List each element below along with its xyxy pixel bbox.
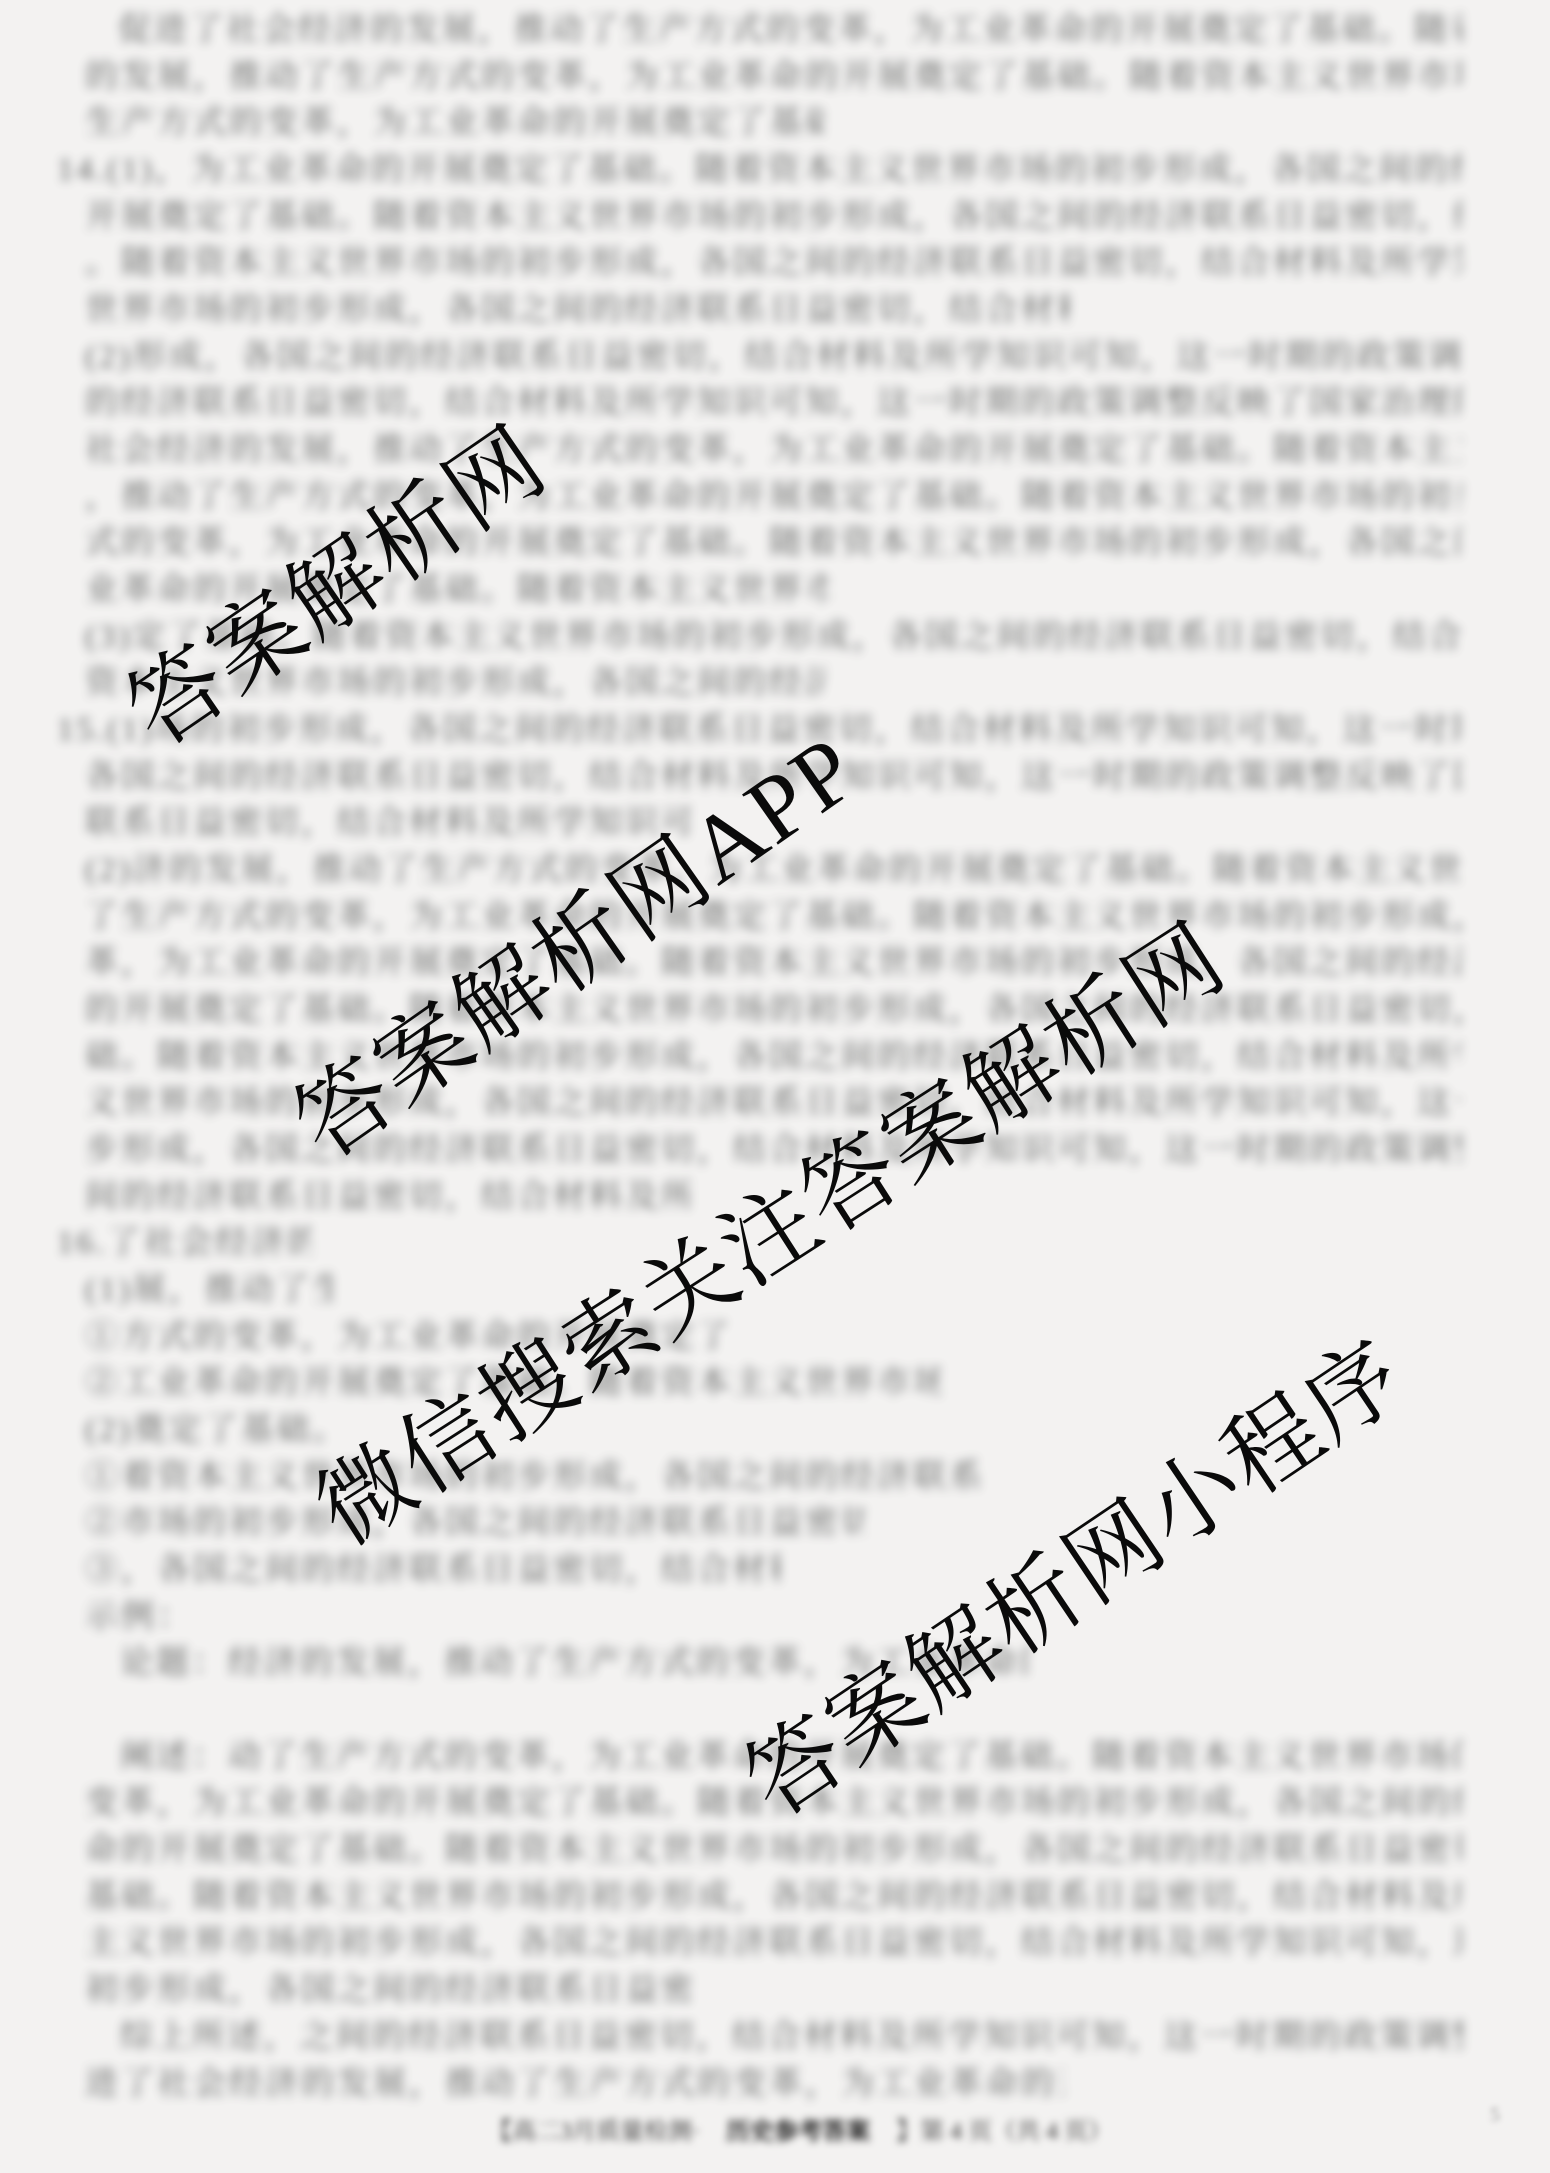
blurred-text-line: 社会经济的发展，推动了生产方式的变革，为工业革命的开展奠定了基础。随着资本主义世… [85,429,1462,471]
blurred-text-line: 的开展奠定了基础。随着资本主义世界市场的初步形成，各国之间的经济联系日益密切，结… [85,989,1462,1031]
blurred-text-line: (1)展，推动了生产方式的变革，为工业革命的开展奠定了基础。随着资本主义世界市场… [85,1269,335,1311]
blurred-text-line: 业革命的开展奠定了基础。随着资本主义世界市场的初步形成，各国之间的经济联系日益密… [85,569,830,611]
blurred-text-line: 联系日益密切，结合材料及所学知识可知，这一时期的政策调整反映了国家治理能力的提升… [85,802,690,844]
blurred-text-line: 基础。随着资本主义世界市场的初步形成，各国之间的经济联系日益密切，结合材料及所学… [85,1876,1462,1918]
blurred-text-line: (2)形成，各国之间的经济联系日益密切，结合材料及所学知识可知，这一时期的政策调… [85,336,1462,378]
blurred-text-line: 初步形成，各国之间的经济联系日益密切，结合材料及所学知识可知，这一时期的政策调整… [85,1969,690,2011]
blurred-text-line: 示例：济联系日益密切，结合材料及所学知识可知，这一时期的政策调整反映了国家治理能… [85,1596,185,1638]
blurred-text-line: 主义世界市场的初步形成，各国之间的经济联系日益密切，结合材料及所学知识可知，这一… [85,1922,1462,1964]
blurred-text-line: ③，各国之间的经济联系日益密切，结合材料及所学知识可知，这一时期的政策调整反映了… [85,1549,780,1591]
blurred-text-line: 促进了社会经济的发展，推动了生产方式的变革，为工业革命的开展奠定了基础。随着资本… [118,9,1462,51]
blurred-text-line: 生产方式的变革，为工业革命的开展奠定了基础。随着资本主义世界市场的初步形成，各国… [85,102,825,144]
blurred-text-line: 开展奠定了基础。随着资本主义世界市场的初步形成，各国之间的经济联系日益密切，结合… [85,196,1462,238]
blurred-text-line: (2)奠定了基础。随着资本主义世界市场的初步形成，各国之间的经济联系日益密切，结… [85,1409,335,1451]
blurred-text-line: 进了社会经济的发展，推动了生产方式的变革，为工业革命的开展奠定了基础。随着资本主… [85,2063,1065,2105]
footer-left-segment: 【高二3月质量检测· [490,2111,700,2146]
blurred-text-line: 综上所述，之间的经济联系日益密切，结合材料及所学知识可知，这一时期的政策调整反映… [120,2016,1462,2058]
blurred-text-line: 15.(1)场的初步形成，各国之间的经济联系日益密切，结合材料及所学知识可知，这… [57,709,1462,751]
blurred-text-line: 16.了社会经济的发展，推动了生产方式的变革，为工业革命的开展奠定了基础。随着资… [57,1222,312,1264]
blurred-text-line: 了生产方式的变革，为工业革命的开展奠定了基础。随着资本主义世界市场的初步形成，各… [85,896,1462,938]
blurred-text-line: 14.(1)，为工业革命的开展奠定了基础。随着资本主义世界市场的初步形成，各国之… [57,149,1462,191]
blurred-text-line: ①着资本主义世界市场的初步形成，各国之间的经济联系日益密切，结合材料及所学知识可… [85,1456,990,1498]
footer-right-segment: 】第 4 页（共 4 页） [896,2111,1110,2146]
blurred-text-line: ，推动了生产方式的变革，为工业革命的开展奠定了基础。随着资本主义世界市场的初步形… [85,476,1462,518]
blurred-text-line: 世界市场的初步形成，各国之间的经济联系日益密切，结合材料及所学知识可知，这一时期… [85,289,1070,331]
page-edge-mark: 5 [1490,2104,1500,2127]
blurred-text-line: ②市场的初步形成，各国之间的经济联系日益密切，结合材料及所学知识可知，这一时期的… [85,1502,865,1544]
blurred-text-line: 命的开展奠定了基础。随着资本主义世界市场的初步形成，各国之间的经济联系日益密切，… [85,1829,1462,1871]
blurred-text-line: 间的经济联系日益密切，结合材料及所学知识可知，这一时期的政策调整反映了国家治理能… [85,1176,690,1218]
document-page: 促进了社会经济的发展，推动了生产方式的变革，为工业革命的开展奠定了基础。随着资本… [0,0,1550,2173]
blurred-text-line: 。随着资本主义世界市场的初步形成，各国之间的经济联系日益密切，结合材料及所学知识… [85,242,1462,284]
blurred-text-line: 的发展，推动了生产方式的变革，为工业革命的开展奠定了基础。随着资本主义世界市场的… [85,56,1462,98]
footer-title-segment: 历史参考答案 [726,2111,870,2146]
blurred-text-line: 的经济联系日益密切，结合材料及所学知识可知，这一时期的政策调整反映了国家治理能力… [85,382,1462,424]
blurred-text-line: 革，为工业革命的开展奠定了基础。随着资本主义世界市场的初步形成，各国之间的经济联… [85,942,1462,984]
blurred-text-line: 步形成，各国之间的经济联系日益密切，结合材料及所学知识可知，这一时期的政策调整反… [85,1129,1462,1171]
footer-line: 【高二3月质量检测· 历史参考答案 】第 4 页（共 4 页） [490,2106,1110,2150]
blurred-text-line: 础。随着资本主义世界市场的初步形成，各国之间的经济联系日益密切，结合材料及所学知… [85,1036,1462,1078]
